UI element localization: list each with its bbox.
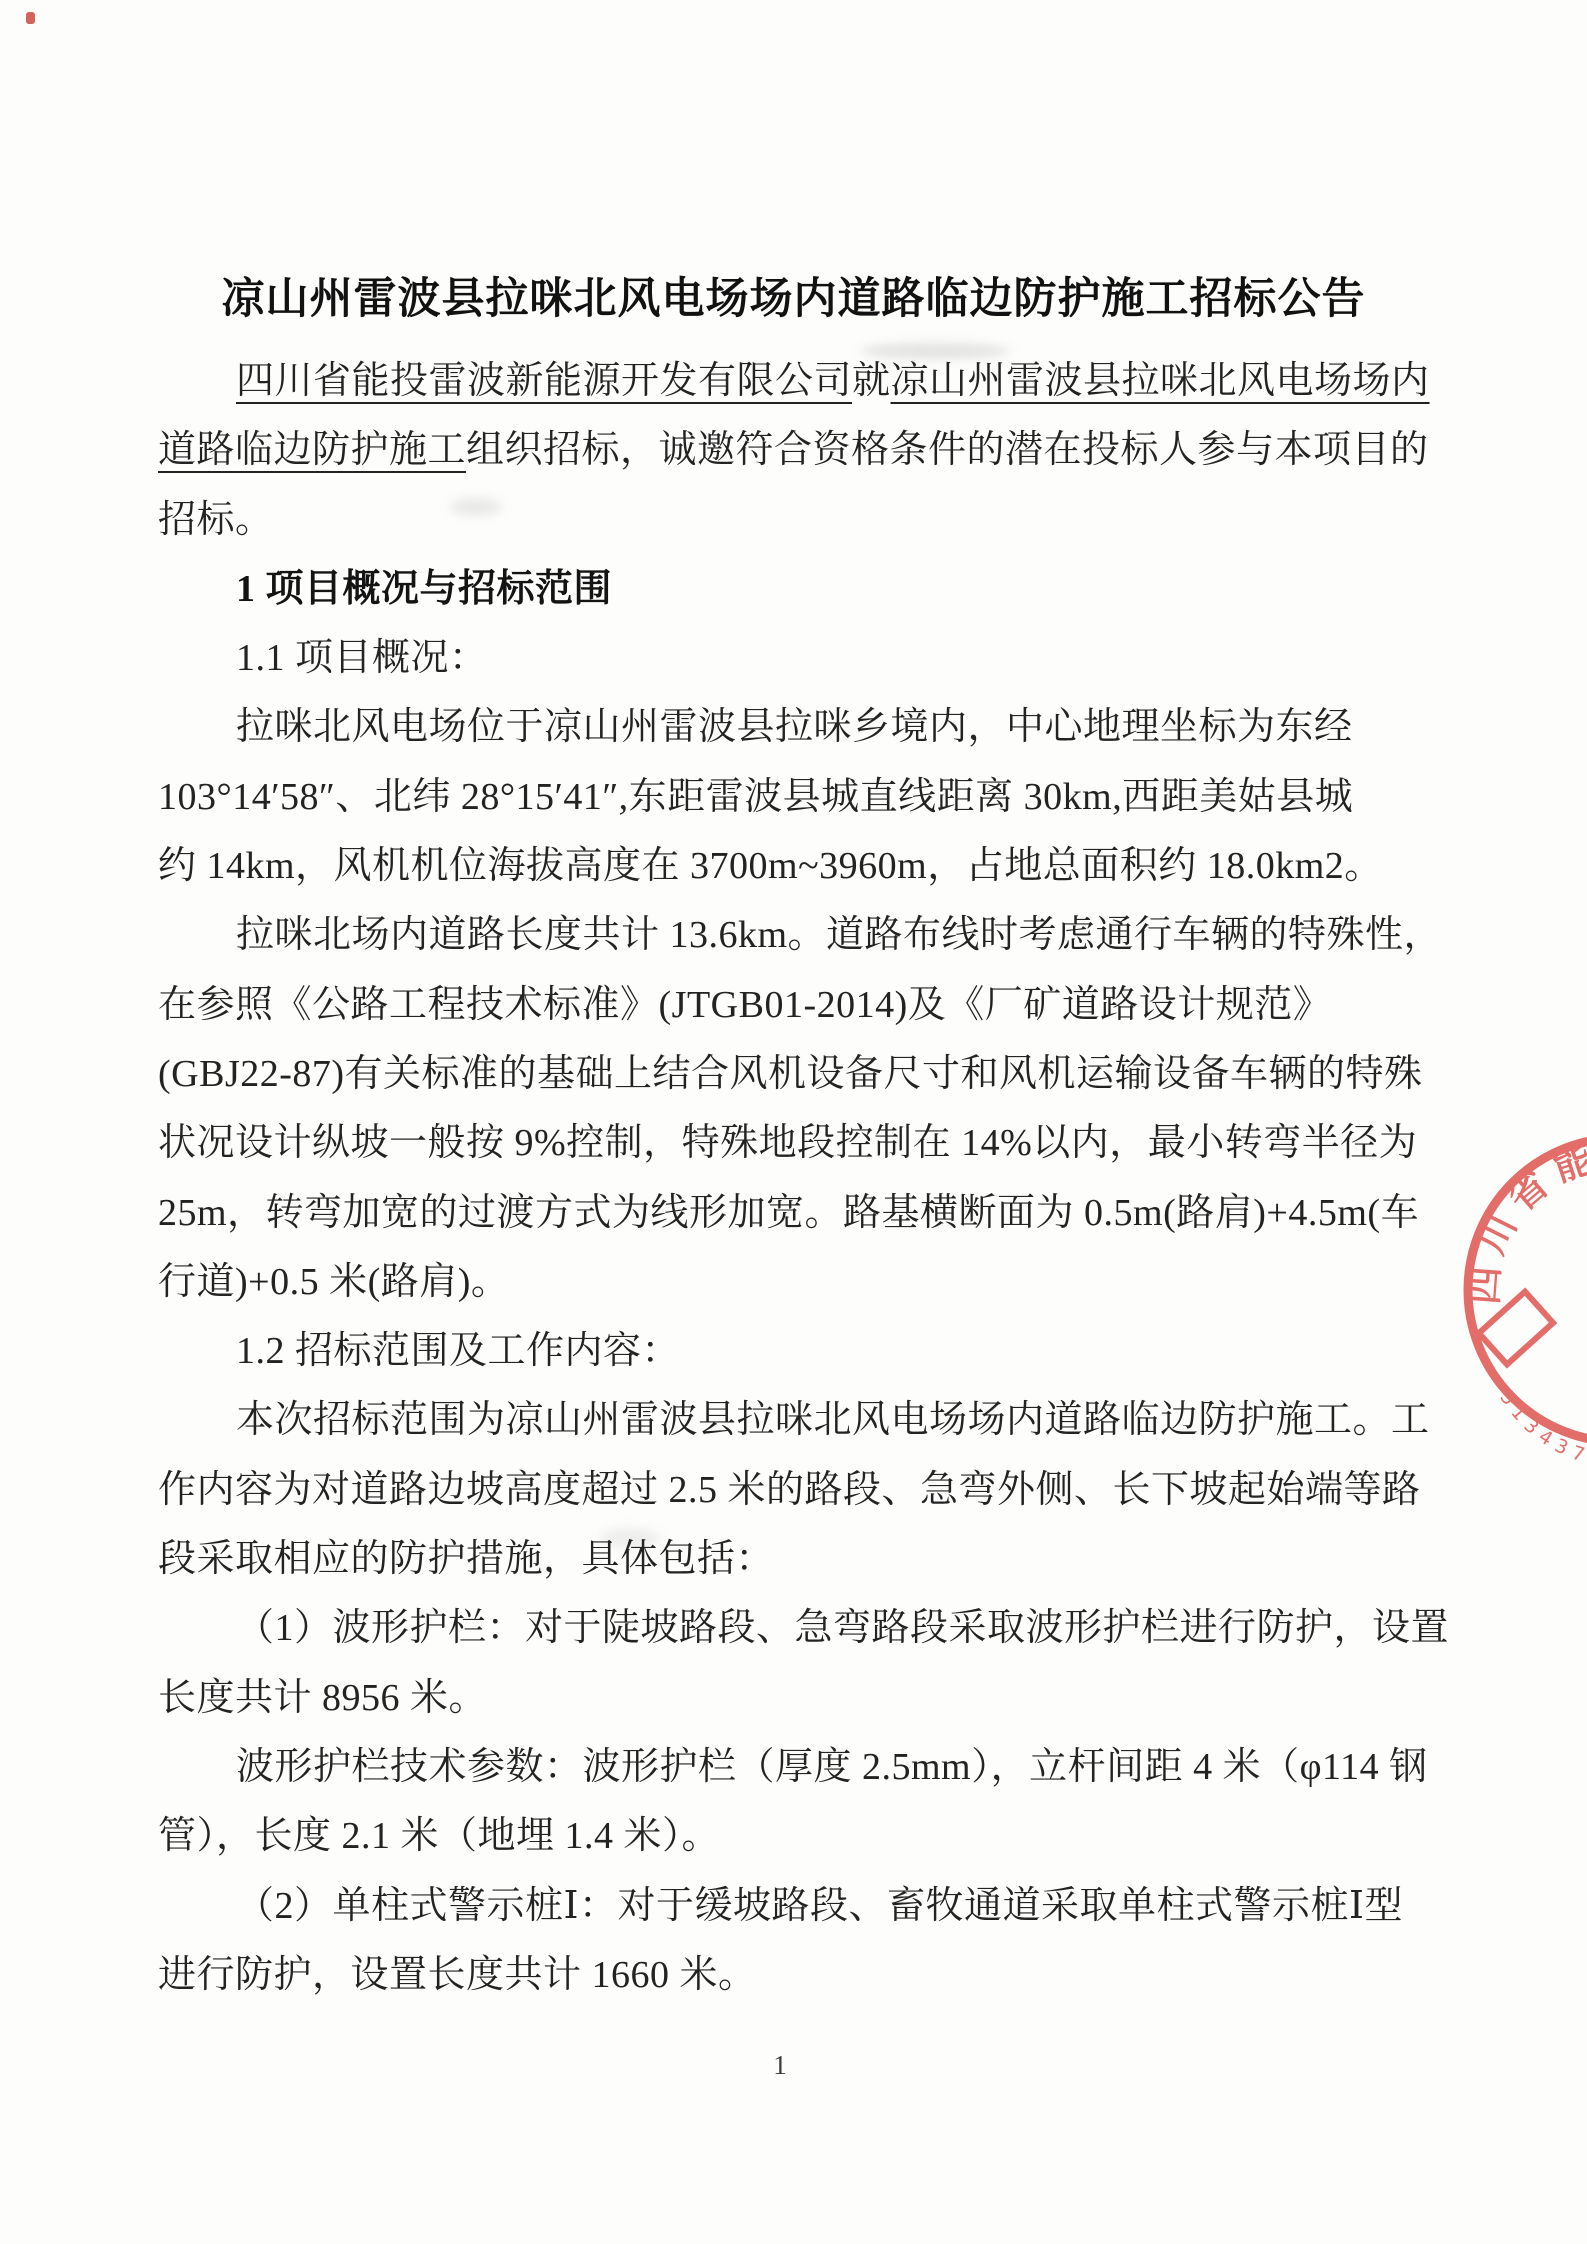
text-line: 四川省能投雷波新能源开发有限公司就凉山州雷波县拉咪北风电场场内	[158, 347, 1448, 416]
stamp-serial-number: 513437	[1495, 1387, 1587, 1462]
body-text: 段采取相应的防护措施，具体包括：	[158, 1538, 774, 1580]
text-line: 1.1 项目概况：	[158, 624, 1448, 693]
body-text: 1.2 招标范围及工作内容：	[236, 1330, 680, 1372]
body-text: 拉咪北风电场位于凉山州雷波县拉咪乡境内，中心地理坐标为东经	[236, 706, 1353, 748]
text-line: 行道)+0.5 米(路肩)。	[158, 1248, 1448, 1317]
scan-ink-dot	[26, 12, 35, 24]
document-body: 四川省能投雷波新能源开发有限公司就凉山州雷波县拉咪北风电场场内道路临边防护施工组…	[158, 347, 1448, 2010]
text-line: 1 项目概况与招标范围	[158, 555, 1448, 624]
body-text: 进行防护，设置长度共计 1660 米。	[158, 1954, 757, 1996]
body-text: 作内容为对道路边坡高度超过 2.5 米的路段、急弯外侧、长下坡起始端等路	[158, 1469, 1421, 1511]
company-seal-stamp: 四川省能投 513437	[1455, 1122, 1587, 1462]
underlined-text: 凉山州雷波县拉咪北风电场场内	[891, 360, 1430, 402]
body-text: 1.1 项目概况：	[236, 637, 488, 679]
text-line: 道路临边防护施工组织招标，诚邀符合资格条件的潜在投标人参与本项目的	[158, 416, 1448, 485]
underlined-text: 道路临边防护施工	[158, 429, 466, 471]
body-text: 就	[852, 360, 891, 402]
body-text: 招标。	[158, 499, 274, 541]
body-text: 本次招标范围为凉山州雷波县拉咪北风电场场内道路临边防护施工。工	[236, 1399, 1430, 1441]
text-line: 约 14km，风机机位海拔高度在 3700m~3960m，占地总面积约 18.0…	[158, 832, 1448, 901]
text-line: 在参照《公路工程技术标准》(JTGB01-2014)及《厂矿道路设计规范》	[158, 971, 1448, 1040]
body-text: 25m，转弯加宽的过渡方式为线形加宽。路基横断面为 0.5m(路肩)+4.5m(…	[158, 1192, 1419, 1234]
body-text: （2）单柱式警示桩Ⅰ：对于缓坡路段、畜牧通道采取单柱式警示桩Ⅰ型	[236, 1885, 1403, 1927]
text-line: 状况设计纵坡一般按 9%控制，特殊地段控制在 14%以内，最小转弯半径为	[158, 1109, 1448, 1178]
body-text: 约 14km，风机机位海拔高度在 3700m~3960m，占地总面积约 18.0…	[158, 845, 1383, 887]
text-line: 进行防护，设置长度共计 1660 米。	[158, 1941, 1448, 2010]
text-line: (GBJ22-87)有关标准的基础上结合风机设备尺寸和风机运输设备车辆的特殊	[158, 1040, 1448, 1109]
document-page: 凉山州雷波县拉咪北风电场场内道路临边防护施工招标公告 四川省能投雷波新能源开发有…	[0, 0, 1587, 2244]
text-line: （1）波形护栏：对于陡坡路段、急弯路段采取波形护栏进行防护，设置	[158, 1594, 1448, 1663]
body-text: 长度共计 8956 米。	[158, 1677, 487, 1719]
body-text: 在参照《公路工程技术标准》(JTGB01-2014)及《厂矿道路设计规范》	[158, 984, 1331, 1026]
text-line: 1.2 招标范围及工作内容：	[158, 1317, 1448, 1386]
body-text: 1 项目概况与招标范围	[236, 568, 612, 610]
text-line: 本次招标范围为凉山州雷波县拉咪北风电场场内道路临边防护施工。工	[158, 1386, 1448, 1455]
body-text: 波形护栏技术参数：波形护栏（厚度 2.5mm），立杆间距 4 米（φ114 钢	[236, 1746, 1428, 1788]
text-line: 段采取相应的防护措施，具体包括：	[158, 1525, 1448, 1594]
stamp-arc-text: 四川省能投	[1455, 1122, 1587, 1306]
page-title: 凉山州雷波县拉咪北风电场场内道路临边防护施工招标公告	[0, 268, 1587, 332]
text-line: 波形护栏技术参数：波形护栏（厚度 2.5mm），立杆间距 4 米（φ114 钢	[158, 1733, 1448, 1802]
body-text: 行道)+0.5 米(路肩)。	[158, 1261, 509, 1303]
text-line: 长度共计 8956 米。	[158, 1664, 1448, 1733]
text-line: 招标。	[158, 486, 1448, 555]
text-line: 拉咪北风电场位于凉山州雷波县拉咪乡境内，中心地理坐标为东经	[158, 693, 1448, 762]
text-line: 103°14′58″、北纬 28°15′41″,东距雷波县城直线距离 30km,…	[158, 763, 1448, 832]
text-line: 拉咪北场内道路长度共计 13.6km。道路布线时考虑通行车辆的特殊性，	[158, 901, 1448, 970]
page-number: 1	[0, 2050, 1560, 2081]
text-line: （2）单柱式警示桩Ⅰ：对于缓坡路段、畜牧通道采取单柱式警示桩Ⅰ型	[158, 1872, 1448, 1941]
text-line: 作内容为对道路边坡高度超过 2.5 米的路段、急弯外侧、长下坡起始端等路	[158, 1456, 1448, 1525]
body-text: 拉咪北场内道路长度共计 13.6km。道路布线时考虑通行车辆的特殊性，	[236, 914, 1442, 956]
text-line: 25m，转弯加宽的过渡方式为线形加宽。路基横断面为 0.5m(路肩)+4.5m(…	[158, 1179, 1448, 1248]
body-text: 管），长度 2.1 米（地埋 1.4 米）。	[158, 1815, 720, 1857]
body-text: 状况设计纵坡一般按 9%控制，特殊地段控制在 14%以内，最小转弯半径为	[158, 1122, 1417, 1164]
underlined-text: 四川省能投雷波新能源开发有限公司	[236, 360, 852, 402]
body-text: 组织招标，诚邀符合资格条件的潜在投标人参与本项目的	[466, 429, 1429, 471]
text-line: 管），长度 2.1 米（地埋 1.4 米）。	[158, 1802, 1448, 1871]
body-text: 103°14′58″、北纬 28°15′41″,东距雷波县城直线距离 30km,…	[158, 776, 1353, 818]
body-text: (GBJ22-87)有关标准的基础上结合风机设备尺寸和风机运输设备车辆的特殊	[158, 1053, 1423, 1095]
body-text: （1）波形护栏：对于陡坡路段、急弯路段采取波形护栏进行防护，设置	[236, 1607, 1449, 1649]
